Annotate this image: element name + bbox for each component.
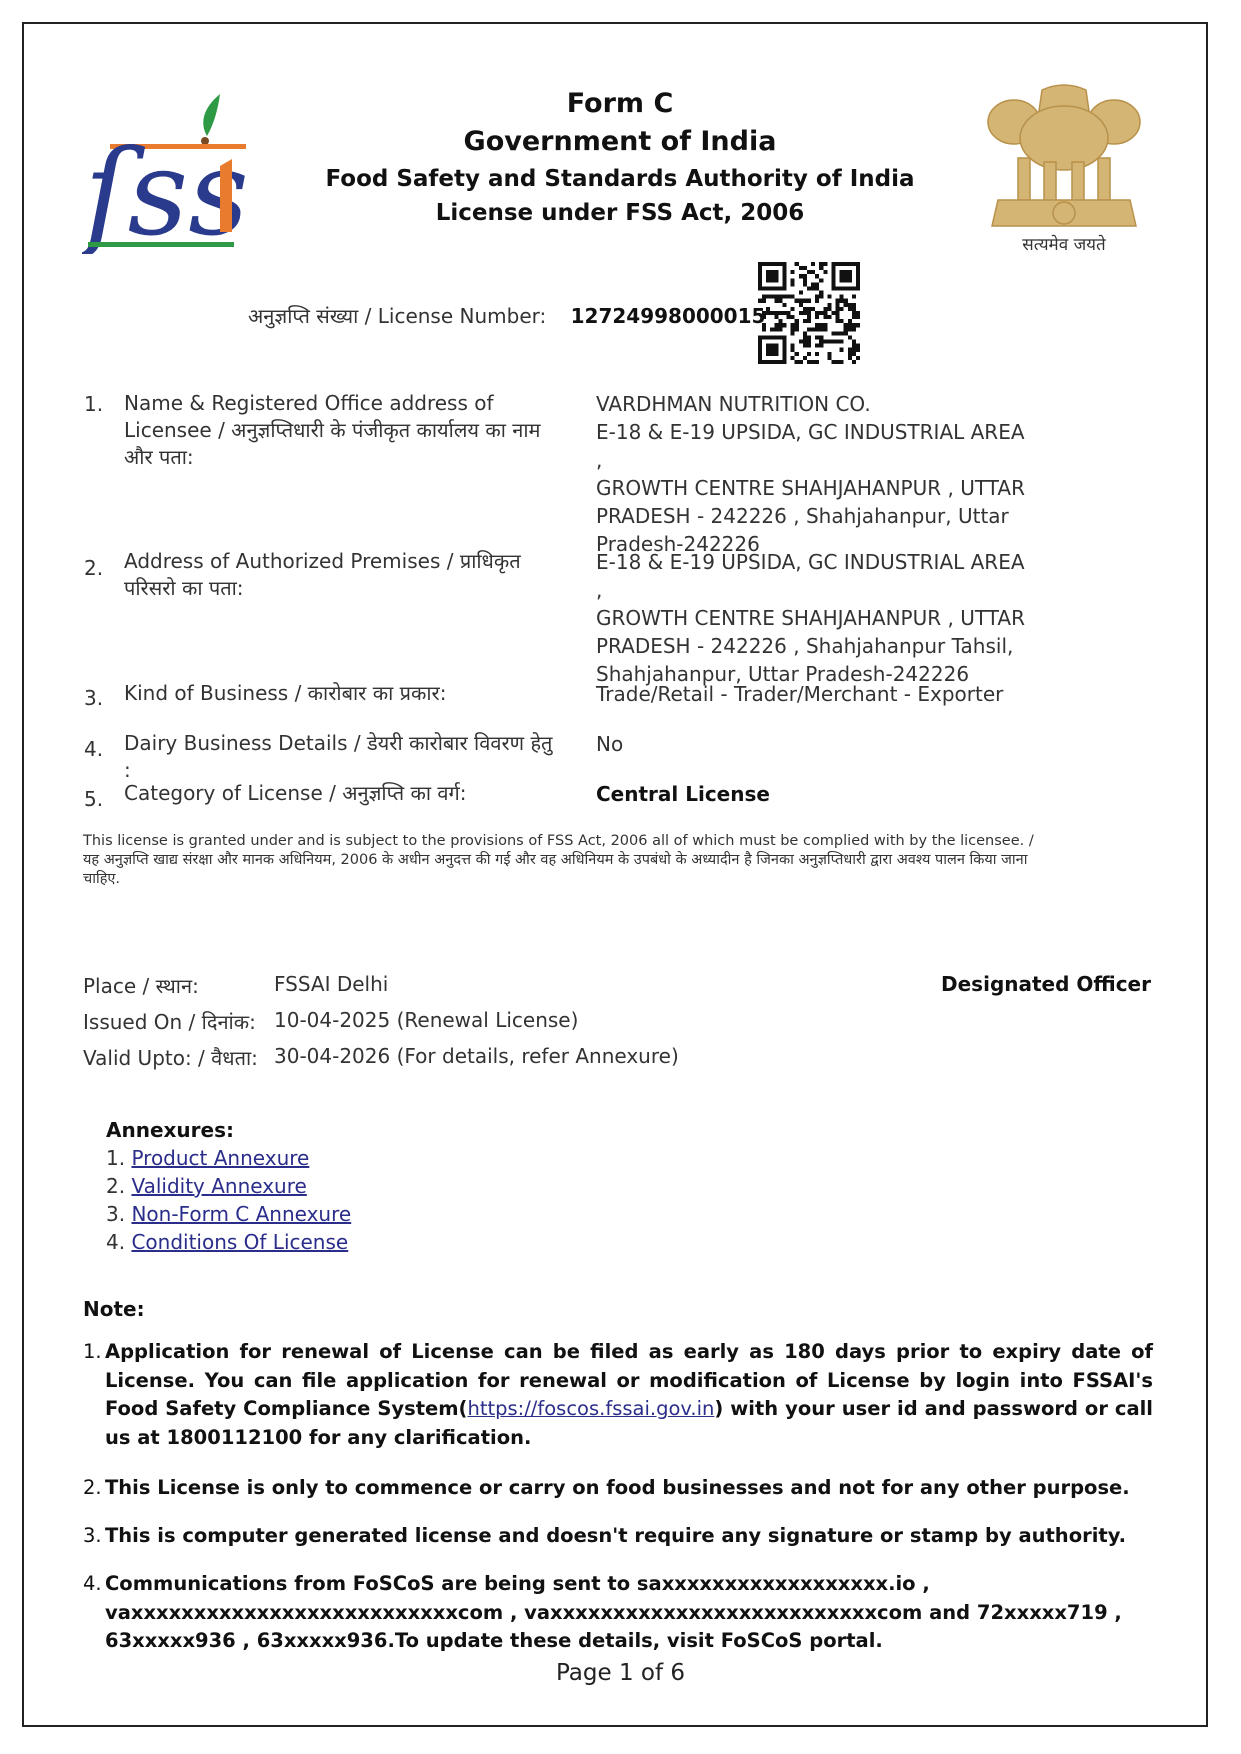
government-title: Government of India (300, 126, 940, 157)
license-number-value: 12724998000015 (571, 304, 766, 328)
item-1-number: 1. (84, 392, 103, 416)
item-1-value: VARDHMAN NUTRITION CO. E-18 & E-19 UPSID… (596, 390, 1036, 558)
designated-officer: Designated Officer (941, 972, 1151, 996)
form-title: Form C (300, 88, 940, 119)
note-4: 4. Communications from FoSCoS are being … (83, 1570, 1153, 1656)
note-number: 2. (83, 1474, 105, 1503)
item-4-label: Dairy Business Details / डेयरी कारोबार व… (124, 730, 564, 784)
item-5-value: Central License (596, 780, 1036, 808)
state-emblem-icon: सत्यमेव जयते (978, 78, 1150, 258)
item-3-label: Kind of Business / कारोबार का प्रकार: (124, 680, 564, 707)
address-line: PRADESH - 242226 , Shahjahanpur, Uttar (596, 502, 1036, 530)
annexures-title: Annexures: (106, 1118, 234, 1142)
non-form-c-annexure-link[interactable]: Non-Form C Annexure (131, 1202, 351, 1226)
item-3-number: 3. (84, 686, 103, 710)
conditions-of-license-link[interactable]: Conditions Of License (131, 1230, 348, 1254)
fssai-logo: ſssa (82, 84, 252, 254)
item-2-value: E-18 & E-19 UPSIDA, GC INDUSTRIAL AREA ,… (596, 548, 1036, 688)
address-line: PRADESH - 242226 , Shahjahanpur Tahsil, (596, 632, 1036, 660)
address-line: GROWTH CENTRE SHAHJAHANPUR , UTTAR (596, 474, 1036, 502)
issued-on-value: 10-04-2025 (Renewal License) (274, 1008, 578, 1032)
annexure-number: 1. (106, 1146, 125, 1170)
note-4-text: Communications from FoSCoS are being sen… (105, 1570, 1153, 1656)
address-line: E-18 & E-19 UPSIDA, GC INDUSTRIAL AREA , (596, 548, 1036, 604)
note-number: 1. (83, 1338, 105, 1452)
note-title: Note: (83, 1297, 145, 1321)
annexure-item: 2. Validity Annexure (106, 1174, 307, 1198)
item-3-value: Trade/Retail - Trader/Merchant - Exporte… (596, 680, 1036, 708)
item-1-label: Name & Registered Office address of Lice… (124, 390, 564, 471)
item-2-label: Address of Authorized Premises / प्राधिक… (124, 548, 564, 602)
annexure-item: 4. Conditions Of License (106, 1230, 348, 1254)
note-number: 4. (83, 1570, 105, 1656)
qr-code-icon (758, 262, 860, 364)
note-2: 2. This License is only to commence or c… (83, 1474, 1153, 1503)
item-5-number: 5. (84, 787, 103, 811)
address-line: E-18 & E-19 UPSIDA, GC INDUSTRIAL AREA , (596, 418, 1036, 474)
validity-annexure-link[interactable]: Validity Annexure (131, 1174, 306, 1198)
item-5-label: Category of License / अनुज्ञप्ति का वर्ग… (124, 780, 564, 807)
authority-title: Food Safety and Standards Authority of I… (300, 166, 940, 192)
note-1: 1. Application for renewal of License ca… (83, 1338, 1153, 1452)
foscos-link[interactable]: https://foscos.fssai.gov.in (467, 1397, 714, 1420)
annexure-number: 4. (106, 1230, 125, 1254)
annexure-number: 2. (106, 1174, 125, 1198)
issued-on-label: Issued On / दिनांक: (83, 1008, 256, 1035)
valid-upto-label: Valid Upto: / वैधता: (83, 1044, 258, 1071)
license-number-label: अनुज्ञप्ति संख्या / License Number: (248, 304, 546, 328)
annexure-item: 1. Product Annexure (106, 1146, 309, 1170)
license-number-row: अनुज्ञप्ति संख्या / License Number: 1272… (248, 302, 765, 329)
act-title: License under FSS Act, 2006 (300, 200, 940, 226)
svg-text:सत्यमेव जयते: सत्यमेव जयते (1022, 234, 1106, 255)
place-value: FSSAI Delhi (274, 972, 388, 996)
address-line: GROWTH CENTRE SHAHJAHANPUR , UTTAR (596, 604, 1036, 632)
licensee-name: VARDHMAN NUTRITION CO. (596, 390, 1036, 418)
place-label: Place / स्थान: (83, 972, 199, 999)
item-4-number: 4. (84, 737, 103, 761)
item-4-value: No (596, 730, 1036, 758)
note-1-text: Application for renewal of License can b… (105, 1338, 1153, 1452)
note-2-text: This License is only to commence or carr… (105, 1474, 1153, 1503)
annexure-item: 3. Non-Form C Annexure (106, 1202, 351, 1226)
note-3: 3. This is computer generated license an… (83, 1522, 1153, 1551)
note-3-text: This is computer generated license and d… (105, 1522, 1153, 1551)
item-2-number: 2. (84, 556, 103, 580)
product-annexure-link[interactable]: Product Annexure (131, 1146, 309, 1170)
disclaimer-text: This license is granted under and is sub… (83, 832, 1043, 889)
note-number: 3. (83, 1522, 105, 1551)
page-number: Page 1 of 6 (0, 1660, 1241, 1686)
valid-upto-value: 30-04-2026 (For details, refer Annexure) (274, 1044, 679, 1068)
annexure-number: 3. (106, 1202, 125, 1226)
